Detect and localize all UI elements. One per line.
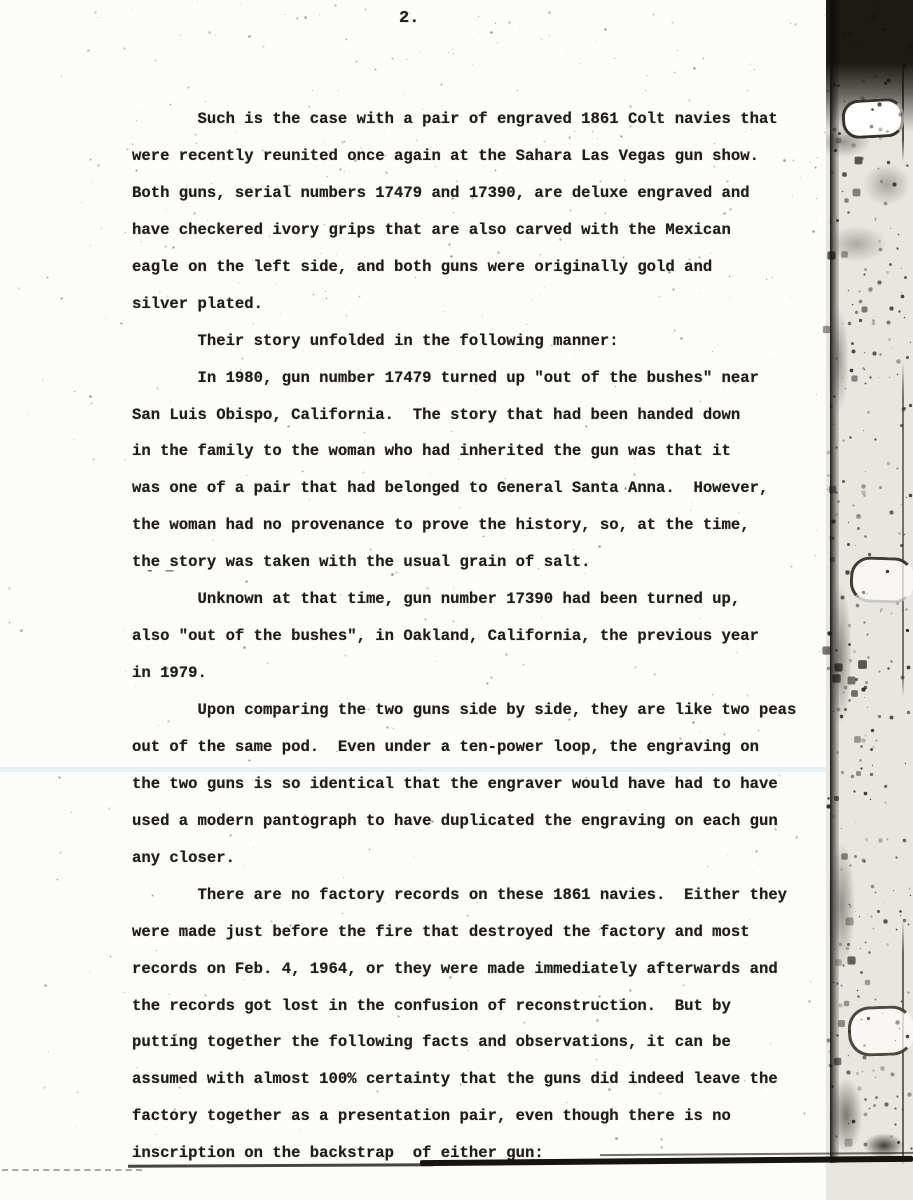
document-line: eagle on the left side, and both guns we… xyxy=(132,249,796,286)
scanner-tint-line xyxy=(0,767,830,772)
document-line: used a modern pantograph to have duplica… xyxy=(132,803,796,840)
document-line: the records got lost in the confusion of… xyxy=(132,988,796,1025)
document-line: Such is the case with a pair of engraved… xyxy=(132,101,796,138)
document-line: putting together the following facts and… xyxy=(132,1024,796,1061)
page-number: 2. xyxy=(399,9,419,28)
document-line: in the family to the woman who had inher… xyxy=(132,433,796,470)
document-line: silver plated. xyxy=(132,286,796,323)
punch-hole xyxy=(847,1005,913,1057)
document-line: Upon comparing the two guns side by side… xyxy=(132,692,796,729)
scan-noise xyxy=(0,0,1,1)
document-body: Such is the case with a pair of engraved… xyxy=(132,101,796,1172)
document-line: There are no factory records on these 18… xyxy=(132,877,796,914)
document-line: San Luis Obispo, California. The story t… xyxy=(132,397,796,434)
scanned-document-page: 2. Such is the case with a pair of engra… xyxy=(0,0,913,1200)
document-line: factory together as a presentation pair,… xyxy=(132,1098,796,1135)
paper-edge-line xyxy=(830,0,839,1163)
punch-hole xyxy=(841,97,905,139)
document-line: Both guns, serial numbers 17479 and 1739… xyxy=(132,175,796,212)
document-line: were recently reunited once again at the… xyxy=(132,138,796,175)
document-line: have checkered ivory grips that are also… xyxy=(132,212,796,249)
document-line: were made just before the fire that dest… xyxy=(132,914,796,951)
document-line: assumed with almost 100% certainty that … xyxy=(132,1061,796,1098)
document-line: in 1979. xyxy=(132,655,796,692)
scan-noise xyxy=(0,0,1,1)
document-line: the story was taken with the usual grain… xyxy=(132,544,796,581)
document-line: In 1980, gun number 17479 turned up "out… xyxy=(132,360,796,397)
document-line: Unknown at that time, gun number 17390 h… xyxy=(132,581,796,618)
document-line: records on Feb. 4, 1964, or they were ma… xyxy=(132,951,796,988)
document-line: out of the same pod. Even under a ten-po… xyxy=(132,729,796,766)
document-line: was one of a pair that had belonged to G… xyxy=(132,470,796,507)
document-line: also "out of the bushes", in Oakland, Ca… xyxy=(132,618,796,655)
margin-dash-mark: - — xyxy=(146,563,175,578)
document-line: Their story unfolded in the following ma… xyxy=(132,323,796,360)
scan-corner-blotch xyxy=(858,1128,910,1160)
page-bottom-edge-faint xyxy=(2,1169,142,1171)
scan-edge-line xyxy=(902,50,904,1165)
punch-hole xyxy=(849,556,913,604)
document-line: any closer. xyxy=(132,840,796,877)
document-line: the woman had no provenance to prove the… xyxy=(132,507,796,544)
